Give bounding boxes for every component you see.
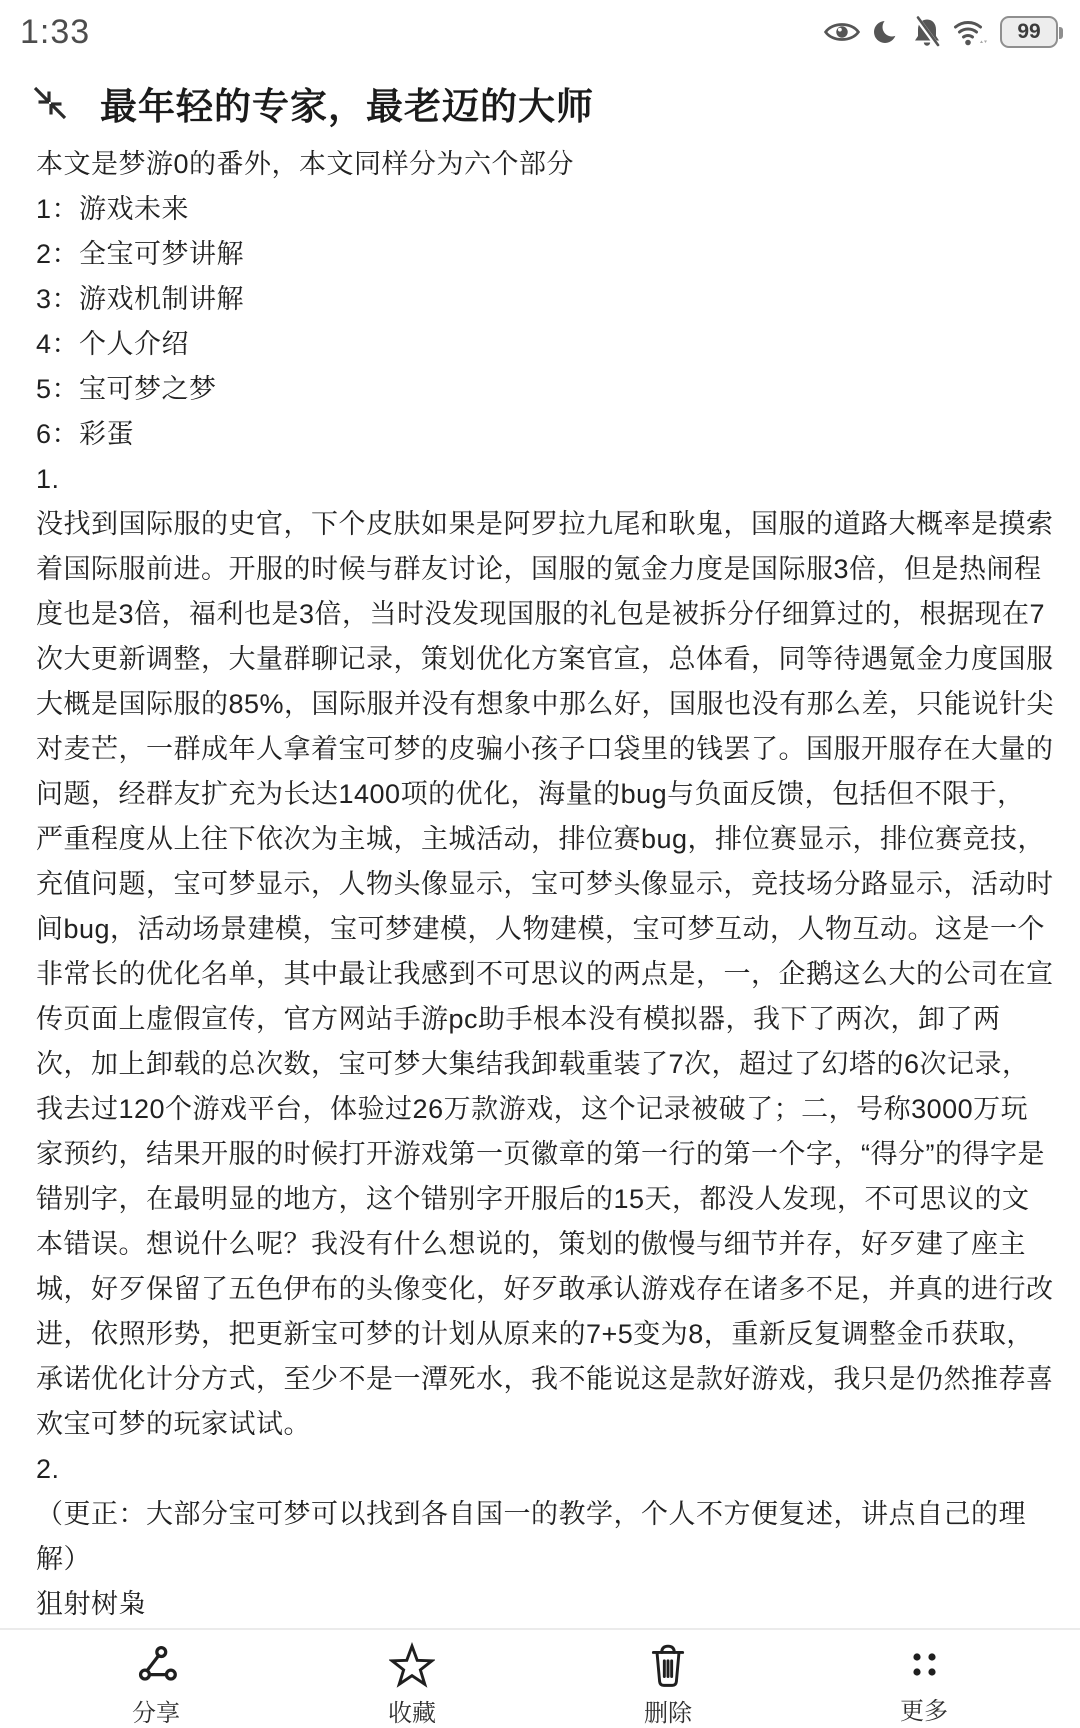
note-text-line: 家预约，结果开服的时候打开游戏第一页徽章的第一行的第一个字，“得分”的得字是 bbox=[36, 1132, 1044, 1177]
favorite-button[interactable]: 收藏 bbox=[284, 1630, 540, 1728]
note-body: 本文是梦游0的番外，本文同样分为六个部分1：游戏未来2：全宝可梦讲解3：游戏机制… bbox=[36, 142, 1044, 1627]
favorite-label: 收藏 bbox=[388, 1693, 436, 1728]
note-text-line: 传页面上虚假宣传，官方网站手游pc助手根本没有模拟器，我下了两次，卸了两 bbox=[36, 997, 1044, 1042]
eye-protection-icon bbox=[824, 19, 860, 45]
note-text-line: 3：游戏机制讲解 bbox=[36, 277, 1044, 322]
collapse-arrows-icon[interactable] bbox=[30, 83, 70, 123]
note-text-line: 间bug，活动场景建模，宝可梦建模，人物建模，宝可梦互动，人物互动。这是一个 bbox=[36, 907, 1044, 952]
note-text-line: 大概是国际服的85%，国际服并没有想象中那么好，国服也没有那么差，只能说针尖 bbox=[36, 682, 1044, 727]
wifi-icon bbox=[953, 16, 989, 48]
share-icon bbox=[133, 1642, 179, 1688]
note-text-line: 城，好歹保留了五色伊布的头像变化，好歹敢承认游戏存在诸多不足，并真的进行改 bbox=[36, 1267, 1044, 1312]
note-text-line: 次大更新调整，大量群聊记录，策划优化方案官宣，总体看，同等待遇氪金力度国服 bbox=[36, 637, 1044, 682]
note-text-line: 错别字，在最明显的地方，这个错别字开服后的15天，都没人发现，不可思议的文 bbox=[36, 1177, 1044, 1222]
note-title: 最年轻的专家，最老迈的大师 bbox=[100, 76, 594, 130]
more-dots-icon bbox=[902, 1642, 946, 1686]
note-text-line: 没找到国际服的史官，下个皮肤如果是阿罗拉九尾和耿鬼，国服的道路大概率是摸索 bbox=[36, 502, 1044, 547]
note-text-line: 充值问题，宝可梦显示，人物头像显示，宝可梦头像显示，竞技场分路显示，活动时 bbox=[36, 862, 1044, 907]
note-text-line: 本文是梦游0的番外，本文同样分为六个部分 bbox=[36, 142, 1044, 187]
delete-button[interactable]: 删除 bbox=[540, 1630, 796, 1728]
note-text-line: 5：宝可梦之梦 bbox=[36, 367, 1044, 412]
note-text-line: 度也是3倍，福利也是3倍，当时没发现国服的礼包是被拆分仔细算过的，根据现在7 bbox=[36, 592, 1044, 637]
note-text-line: 6：彩蛋 bbox=[36, 412, 1044, 457]
note-text-line: 欢宝可梦的玩家试试。 bbox=[36, 1402, 1044, 1447]
bottom-toolbar: 分享 收藏 删除 bbox=[0, 1628, 1080, 1728]
clock-time: 1:33 bbox=[20, 13, 90, 52]
note-text-line: 问题，经群友扩充为长达1400项的优化，海量的bug与负面反馈，包括但不限于， bbox=[36, 772, 1044, 817]
battery-indicator: 99 bbox=[1000, 16, 1058, 48]
status-bar: 1:33 bbox=[0, 0, 1080, 54]
trash-icon bbox=[646, 1642, 690, 1688]
note-text-line: 承诺优化计分方式，至少不是一潭死水，我不能说这是款好游戏，我只是仍然推荐喜 bbox=[36, 1357, 1044, 1402]
note-text-line: 严重程度从上往下依次为主城，主城活动，排位赛bug，排位赛显示，排位赛竞技， bbox=[36, 817, 1044, 862]
mute-bell-icon bbox=[912, 16, 942, 48]
note-text-line: 对麦芒，一群成年人拿着宝可梦的皮骗小孩子口袋里的钱罢了。国服开服存在大量的 bbox=[36, 727, 1044, 772]
more-label: 更多 bbox=[900, 1691, 948, 1726]
note-title-row: 最年轻的专家，最老迈的大师 bbox=[30, 76, 1044, 130]
note-text-line: 狙射树枭 bbox=[36, 1582, 1044, 1627]
note-text-line: 我去过120个游戏平台，体验过26万款游戏，这个记录被破了；二，号称3000万玩 bbox=[36, 1087, 1044, 1132]
battery-percent: 99 bbox=[1017, 20, 1040, 44]
star-icon bbox=[389, 1642, 435, 1688]
share-button[interactable]: 分享 bbox=[28, 1630, 284, 1728]
note-text-line: 2. bbox=[36, 1447, 1044, 1492]
note-text-line: 进，依照形势，把更新宝可梦的计划从原来的7+5变为8，重新反复调整金币获取， bbox=[36, 1312, 1044, 1357]
note-text-line: 本错误。想说什么呢？我没有什么想说的，策划的傲慢与细节并存，好歹建了座主 bbox=[36, 1222, 1044, 1267]
note-text-line: 次，加上卸载的总次数，宝可梦大集结我卸载重装了7次，超过了幻塔的6次记录， bbox=[36, 1042, 1044, 1087]
note-text-line: 4：个人介绍 bbox=[36, 322, 1044, 367]
status-icons: 99 bbox=[824, 16, 1058, 48]
note-text-line: （更正：大部分宝可梦可以找到各自国一的教学，个人不方便复述，讲点自己的理 bbox=[36, 1492, 1044, 1537]
share-label: 分享 bbox=[132, 1693, 180, 1728]
note-text-line: 着国际服前进。开服的时候与群友讨论，国服的氪金力度是国际服3倍，但是热闹程 bbox=[36, 547, 1044, 592]
note-text-line: 1. bbox=[36, 457, 1044, 502]
delete-label: 删除 bbox=[644, 1693, 692, 1728]
note-text-line: 2：全宝可梦讲解 bbox=[36, 232, 1044, 277]
more-button[interactable]: 更多 bbox=[796, 1630, 1052, 1728]
note-text-line: 非常长的优化名单，其中最让我感到不可思议的两点是，一，企鹅这么大的公司在宣 bbox=[36, 952, 1044, 997]
do-not-disturb-moon-icon bbox=[871, 17, 901, 47]
note-text-line: 解） bbox=[36, 1537, 1044, 1582]
note-text-line: 1：游戏未来 bbox=[36, 187, 1044, 232]
